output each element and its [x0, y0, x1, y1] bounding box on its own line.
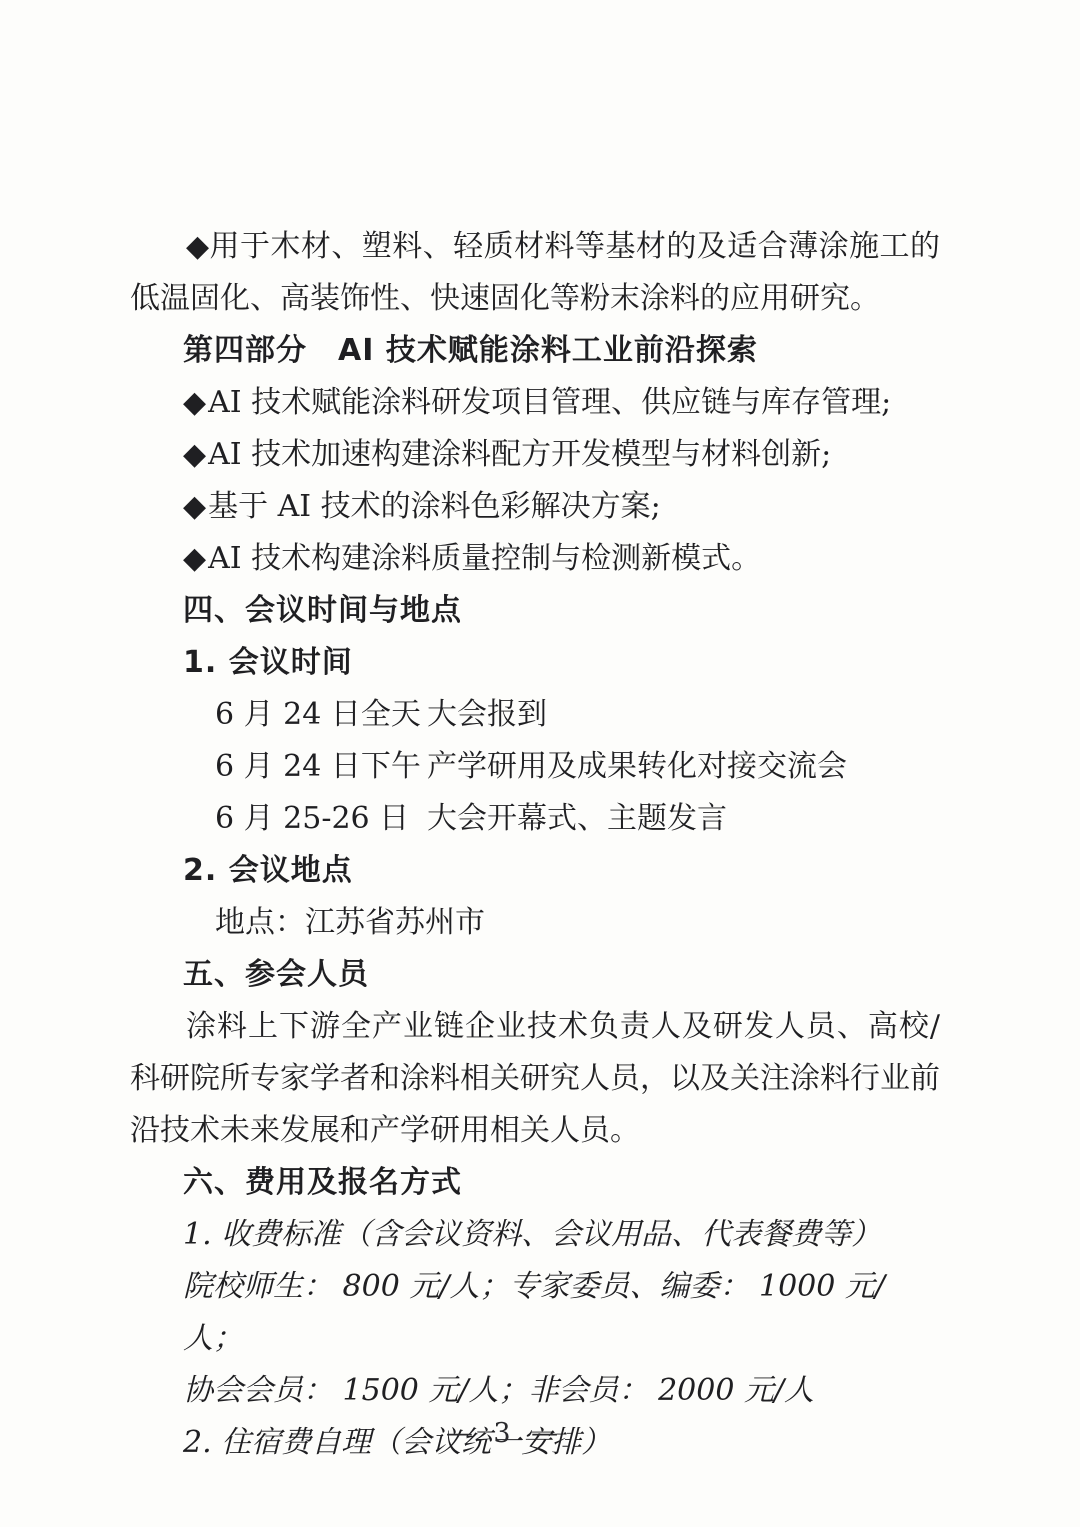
- document-page: ◆用于木材、塑料、轻质材料等基材的及适合薄涂施工的低温固化、高装饰性、快速固化等…: [0, 0, 1080, 1527]
- ai-bullet-item: ◆ AI 技术赋能涂料研发项目管理、供应链与库存管理;: [130, 377, 940, 429]
- section5-heading: 五、参会人员: [130, 949, 940, 1001]
- schedule-row: 6 月 24 日下午 产学研用及成果转化对接交流会: [130, 741, 940, 793]
- ai-bullet-text: AI 技术构建涂料质量控制与检测新模式。: [208, 533, 761, 585]
- schedule-event: 大会开幕式、主题发言: [427, 793, 940, 845]
- attendees-paragraph: 涂料上下游全产业链企业技术负责人及研发人员、高校/科研院所专家学者和涂料相关研究…: [130, 1001, 940, 1157]
- diamond-bullet-icon: ◆: [183, 481, 206, 533]
- section4-heading: 四、会议时间与地点: [130, 585, 940, 637]
- schedule-time: 6 月 24 日下午: [215, 741, 427, 793]
- venue-line: 地点：江苏省苏州市: [130, 897, 940, 949]
- ai-bullet-text: AI 技术赋能涂料研发项目管理、供应链与库存管理;: [208, 377, 891, 429]
- powder-coatings-paragraph: ◆用于木材、塑料、轻质材料等基材的及适合薄涂施工的低温固化、高装饰性、快速固化等…: [130, 221, 940, 325]
- page-number: — 3 —: [0, 1414, 1010, 1454]
- meeting-time-subheading: 1. 会议时间: [130, 637, 940, 689]
- diamond-bullet-icon: ◆: [183, 377, 206, 429]
- ai-bullet-item: ◆ 基于 AI 技术的涂料色彩解决方案;: [130, 481, 940, 533]
- schedule-event: 产学研用及成果转化对接交流会: [427, 741, 940, 793]
- schedule-row: 6 月 24 日全天 大会报到: [130, 689, 940, 741]
- schedule-time: 6 月 25-26 日: [215, 793, 427, 845]
- diamond-bullet-icon: ◆: [183, 533, 206, 585]
- fee-standard-item: 1. 收费标准（含会议资料、会议用品、代表餐费等）: [130, 1209, 940, 1261]
- diamond-bullet-icon: ◆: [183, 429, 206, 481]
- fee-prices-line-1: 院校师生： 800 元/人；专家委员、编委： 1000 元/人；: [130, 1261, 940, 1365]
- ai-bullet-item: ◆ AI 技术加速构建涂料配方开发模型与材料创新;: [130, 429, 940, 481]
- schedule-time: 6 月 24 日全天: [215, 689, 427, 741]
- ai-bullet-item: ◆ AI 技术构建涂料质量控制与检测新模式。: [130, 533, 940, 585]
- schedule-row: 6 月 25-26 日 大会开幕式、主题发言: [130, 793, 940, 845]
- ai-bullet-text: 基于 AI 技术的涂料色彩解决方案;: [208, 481, 661, 533]
- ai-bullet-text: AI 技术加速构建涂料配方开发模型与材料创新;: [208, 429, 831, 481]
- schedule-event: 大会报到: [427, 689, 940, 741]
- fee-prices-line-2: 协会会员： 1500 元/人；非会员： 2000 元/人: [130, 1365, 940, 1417]
- section6-heading: 六、费用及报名方式: [130, 1157, 940, 1209]
- part4-heading: 第四部分 AI 技术赋能涂料工业前沿探索: [130, 325, 940, 377]
- meeting-venue-subheading: 2. 会议地点: [130, 845, 940, 897]
